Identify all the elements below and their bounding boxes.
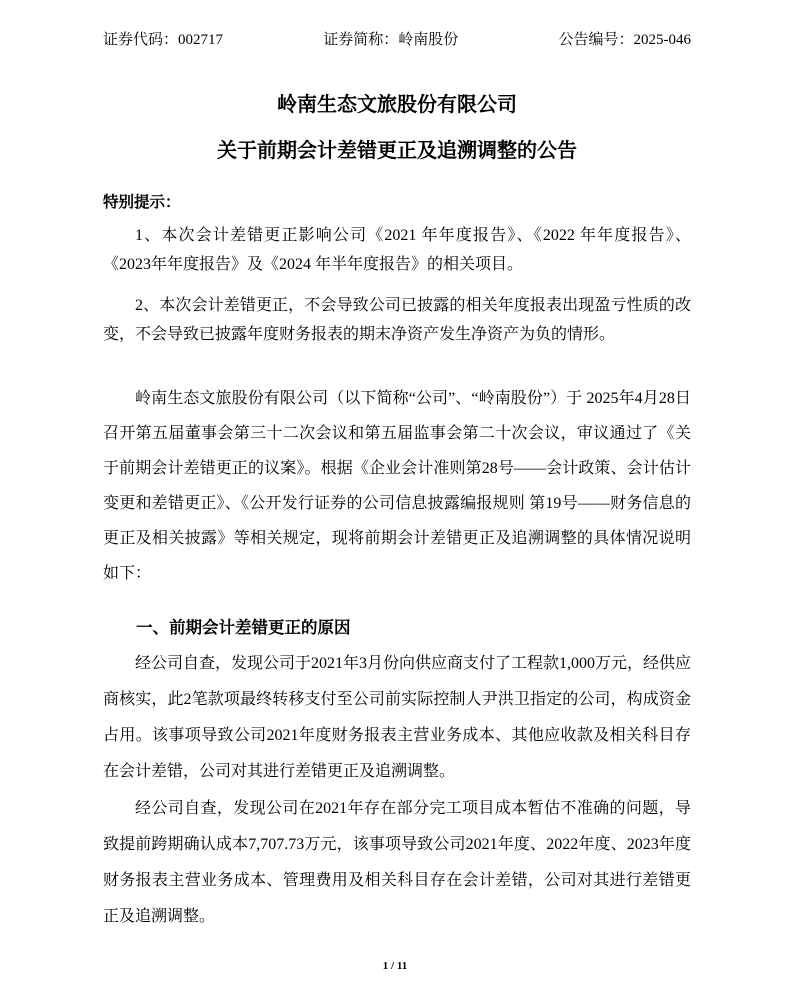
announcement-number: 公告编号：2025-046 — [559, 30, 692, 50]
notice-item-1: 1、本次会计差错更正影响公司《2021 年年度报告》、《2022 年年度报告》、… — [103, 221, 691, 279]
notice-item-2: 2、本次会计差错更正，不会导致公司已披露的相关年度报表出现盈亏性质的改变，不会导… — [103, 291, 691, 349]
section-1-paragraph-2: 经公司自查，发现公司在2021年存在部分完工项目成本暂估不准确的问题，导致提前跨… — [103, 791, 691, 935]
section-1-heading: 一、前期会计差错更正的原因 — [103, 617, 691, 639]
section-1-paragraph-1: 经公司自查，发现公司于2021年3月份向供应商支付了工程款1,000万元，经供应… — [103, 646, 691, 790]
document-title: 岭南生态文旅股份有限公司 — [103, 92, 691, 118]
document-subtitle: 关于前期会计差错更正及追溯调整的公告 — [103, 138, 691, 164]
document-header: 证券代码：002717 证券简称：岭南股份 公告编号：2025-046 — [103, 30, 691, 50]
stock-code: 证券代码：002717 — [103, 30, 223, 50]
page-number: 1 / 11 — [0, 959, 790, 973]
intro-paragraph: 岭南生态文旅股份有限公司（以下简称“公司”、“岭南股份”）于 2025年4月28… — [103, 381, 691, 591]
stock-name: 证券简称：岭南股份 — [323, 30, 458, 50]
special-notice-label: 特别提示： — [103, 192, 691, 214]
announcement-page: 证券代码：002717 证券简称：岭南股份 公告编号：2025-046 岭南生态… — [0, 0, 790, 985]
